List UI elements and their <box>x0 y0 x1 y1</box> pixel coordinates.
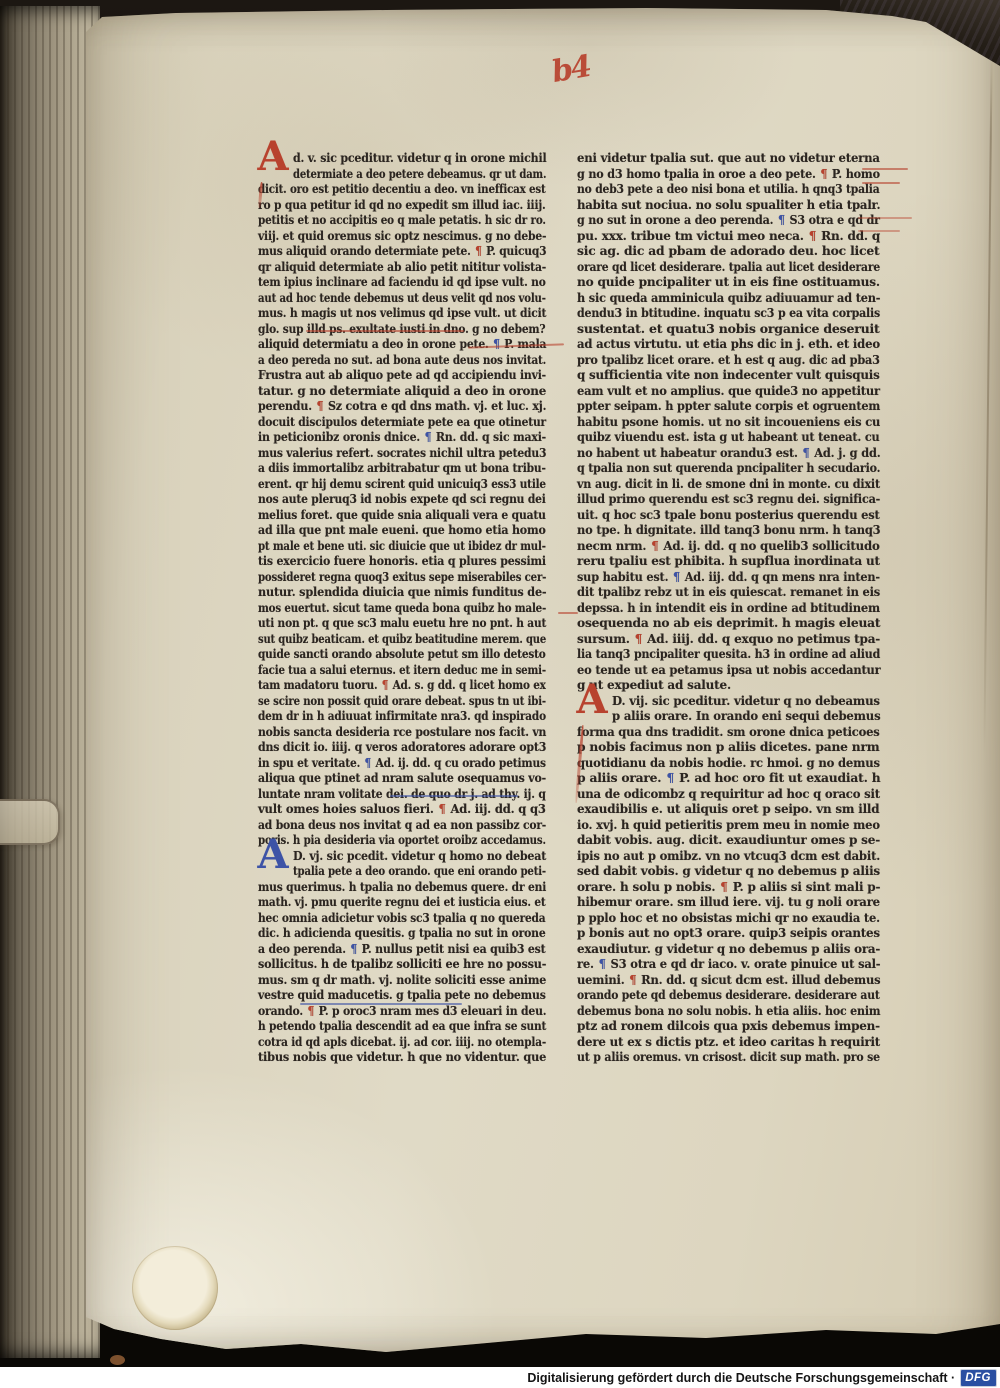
debris-spot <box>110 1355 125 1365</box>
text-line: sustentat. et quatu3 nobis organice dese… <box>577 320 880 336</box>
text-line: luntate nram volitate dei. de quo dr j. … <box>258 785 546 801</box>
text-line: p pplo hoc et no obsistas michi qr no ex… <box>577 909 880 925</box>
text-line: glo. sup illd ps. exultate iusti in dno.… <box>258 320 546 336</box>
text-line: dit tpalibz rebz ut in eis quiescat. rem… <box>577 583 880 599</box>
text-line: depssa. h in intendit eis in ordine ad b… <box>577 599 880 615</box>
manuscript-page: b4 Ad. v. sic pceditur. videtur q in oro… <box>86 8 1000 1354</box>
text-line: habita sut nociua. no solu spualiter h e… <box>577 196 880 212</box>
text-line: p aliis orare. ¶ P. ad hoc oro fit ut ex… <box>577 769 880 785</box>
text-line: aliqua que ptinet ad nram salute osequam… <box>258 769 546 785</box>
text-line: vestre quid maducetis. g tpalia pete no … <box>258 986 546 1002</box>
text-line: sic ag. dic ad pbam de adorado deu. hoc … <box>577 242 880 258</box>
parchment-hole <box>132 1246 218 1330</box>
text-line: qr aliquid determiate ab alio petit niti… <box>258 258 546 274</box>
text-line: tam madatoru tuoru. ¶ Ad. s. g dd. q lic… <box>258 676 546 692</box>
text-line: ut p aliis oremus. vn crisost. dicit sup… <box>577 1048 880 1064</box>
text-line: pt male et bene uti. sic diuicie que ut … <box>258 537 546 553</box>
manuscript-photo: b4 Ad. v. sic pceditur. videtur q in oro… <box>0 0 1000 1388</box>
text-line: facie tua a salui eternus. et itern dedu… <box>258 661 546 677</box>
text-line: sollicitus. h de tpalibz solliciti ee hr… <box>258 955 546 971</box>
text-line: no quide pncipaliter ut in eis fine osti… <box>577 273 880 289</box>
red-margin-stroke <box>862 182 900 184</box>
text-line: dicit. oro est petitio decentiu a deo. v… <box>258 180 546 196</box>
text-line: q sufficientia vite non indecenter vult … <box>577 366 880 382</box>
text-line: no habent ut habeatur orandu3 est. ¶ Ad.… <box>577 444 880 460</box>
illuminated-initial: A <box>255 840 291 870</box>
text-line: pro tpalibz licet orare. et h est q aug.… <box>577 351 880 367</box>
text-line: dic. h adicienda quesitis. g tpalia no s… <box>258 924 546 940</box>
text-line: debemus bona no solu nobis. h etia aliis… <box>577 1002 880 1018</box>
page-crease <box>983 54 992 754</box>
text-line: mus. h magis ut nos velimus qd ipse vult… <box>258 304 546 320</box>
blue-underline-stroke <box>300 1003 462 1005</box>
text-line: una de odicombz q requiritur ad hoc q or… <box>577 785 880 801</box>
text-line: erent. qr hij demu scirent quid unicuiq3… <box>258 475 546 491</box>
text-line: in peticionibz oronis dnice. ¶ Rn. dd. q… <box>258 428 546 444</box>
text-line: lia tanq3 pncipaliter quesita. h3 in ord… <box>577 645 880 661</box>
text-line: melius foret. que quide snia aliquali ve… <box>258 506 546 522</box>
text-line: orare qd licet desiderare. tpalia aut li… <box>577 258 880 274</box>
text-line: eni videtur tpalia sut. que aut no videt… <box>577 149 880 165</box>
text-line: re. ¶ S3 otra e qd dr iaco. v. orate pin… <box>577 955 880 971</box>
text-line: cotra id qd apls dicebat. ij. ad cor. ii… <box>258 1033 546 1049</box>
text-line: a deo pereda no sut. ad bona aute deus n… <box>258 351 546 367</box>
text-line: a deo perenda. ¶ P. nullus petit nisi ea… <box>258 940 546 956</box>
text-line: D. vij. sic pceditur. videtur q no debea… <box>577 692 880 708</box>
text-column-right: eni videtur tpalia sut. que aut no videt… <box>577 149 880 1064</box>
text-line: sup habitu est. ¶ Ad. iij. dd. q qn mens… <box>577 568 880 584</box>
text-line: ro p qua petitur id qd no expedit sm ill… <box>258 196 546 212</box>
red-margin-stroke <box>858 217 912 219</box>
text-line: aut ad hoc tende debemus ut deus velit q… <box>258 289 546 305</box>
text-line: dendu3 in btitudine. inquatu sc3 p ea vi… <box>577 304 880 320</box>
text-line: no deb3 pete a deo nisi bona et utilia. … <box>577 180 880 196</box>
text-line: p aliis orare. In orando eni sequi debem… <box>577 707 880 723</box>
text-line: g no d3 homo tpalia in oroe a deo pete. … <box>577 165 880 181</box>
text-line: quibz viuendu est. ista g ut habeant ut … <box>577 428 880 444</box>
text-line: uti non pt. q que sc3 malu euetu hre no … <box>258 614 546 630</box>
text-line: dabit vobis. aug. dicit. exaudiuntur ome… <box>577 831 880 847</box>
red-margin-stroke <box>862 168 908 170</box>
leather-tab <box>0 799 60 845</box>
text-line: viij. et quid oremus sic optz nescimus. … <box>258 227 546 243</box>
text-line: sursum. ¶ Ad. iiij. dd. q exquo no petim… <box>577 630 880 646</box>
text-line: ad actus virtutu. ut etia phs dic in j. … <box>577 335 880 351</box>
book-page-edges <box>0 6 100 1358</box>
text-line: orare. h solu p nobis. ¶ P. p aliis si s… <box>577 878 880 894</box>
text-line: h petendo tpalia descendit ad ea que inf… <box>258 1017 546 1033</box>
text-line: a diis immortalibz arbitrabatur qm ut bo… <box>258 459 546 475</box>
text-line: mus valerius refert. socrates nichil ult… <box>258 444 546 460</box>
text-line: d. v. sic pceditur. videtur q in orone m… <box>258 149 546 165</box>
text-line: dem dr in h adiuuat infirmitate nra3. qd… <box>258 707 546 723</box>
text-line: determiate a deo petere debeamus. qr ut … <box>258 165 546 181</box>
text-line: tatur. g no determiate aliquid a deo in … <box>258 382 546 398</box>
text-line: illud primo querendu est sc3 regnu dei. … <box>577 490 880 506</box>
text-line: perendu. ¶ Sz cotra e qd dns math. vj. e… <box>258 397 546 413</box>
text-line: exaudibilis e. ut aliquis oret p seipo. … <box>577 800 880 816</box>
text-line: no tpe. h dignitate. illd tanq3 bonu nrm… <box>577 521 880 537</box>
text-line: mus querimus. h tpalia no debemus quere.… <box>258 878 546 894</box>
text-line: uit. q hoc sc3 tpale bonu posterius quer… <box>577 506 880 522</box>
text-line: hec omnia adicietur vobis sc3 tpalia q n… <box>258 909 546 925</box>
text-line: tem ipius inclinare ad faciendu id qd ip… <box>258 273 546 289</box>
digitization-footer: Digitalisierung gefördert durch die Deut… <box>0 1367 1000 1388</box>
illuminated-initial: A <box>255 142 291 172</box>
folio-mark: b4 <box>549 49 592 90</box>
text-line: mus. sm q dr math. vj. nolite soliciti e… <box>258 971 546 987</box>
text-line: tis exercicio fuere honoris. etia q plur… <box>258 552 546 568</box>
text-line: ad bona deus nos invitat q ad ea non pas… <box>258 816 546 832</box>
text-line: D. vj. sic pcedit. videtur q homo no deb… <box>258 847 546 863</box>
text-line: hibemur orare. sm illud iere. vij. tu g … <box>577 893 880 909</box>
text-line: nos aute pleruq3 id nobis expete qd sci … <box>258 490 546 506</box>
text-line: p nobis facimus non p aliis dicetes. pan… <box>577 738 880 754</box>
text-line: vult omes hoies saluos fieri. ¶ Ad. iij.… <box>258 800 546 816</box>
text-line: io. xvj. h quid petieritis prem meu in n… <box>577 816 880 832</box>
text-line: ppter seipam. h ppter salute corpis et o… <box>577 397 880 413</box>
text-column-left: Ad. v. sic pceditur. videtur q in orone … <box>258 149 546 1064</box>
text-line: nutur. splendida diuicia que nimis fundi… <box>258 583 546 599</box>
text-line: se scire non possit quid orare debeat. s… <box>258 692 546 708</box>
text-line: uemini. ¶ Rn. dd. q sicut dcm est. illud… <box>577 971 880 987</box>
red-gutter-stroke <box>558 612 578 614</box>
text-line: sed dabit vobis. g videtur q no debemus … <box>577 862 880 878</box>
text-line: g ut expediut ad salute. <box>577 676 880 692</box>
text-line: petitis et no accipitis eo q male petati… <box>258 211 546 227</box>
text-line: habitu psone homis. ut no sit incouenien… <box>577 413 880 429</box>
text-line: eo tende ut ea petamus ipsa ut nobis acc… <box>577 661 880 677</box>
text-line: dns dicit io. iiij. q veros adoratores a… <box>258 738 546 754</box>
text-line: nobis sancta desideria rce postulare nos… <box>258 723 546 739</box>
text-line: vn aug. dicit in li. de smone dni in mon… <box>577 475 880 491</box>
red-underline-stroke <box>306 330 464 332</box>
text-line: poris. h pia desideria via oportet oroib… <box>258 831 546 847</box>
illuminated-initial: A <box>574 685 610 715</box>
text-line: dere ut ex s dictis ptz. et ideo caritas… <box>577 1033 880 1049</box>
text-line: exaudiutur. g videtur q no debemus p ali… <box>577 940 880 956</box>
text-line: q tpalia non sut querenda pncipaliter h … <box>577 459 880 475</box>
text-line: mos euertut. sicut tame queda bona quibz… <box>258 599 546 615</box>
text-line: possideret regna quoq3 exitus sepe miser… <box>258 568 546 584</box>
blue-underline-stroke <box>390 795 518 797</box>
text-line: sut quibz beaticam. et quibz beatitudine… <box>258 630 546 646</box>
red-margin-stroke <box>858 230 900 232</box>
text-line: mus aliquid orando determiate pete. ¶ P.… <box>258 242 546 258</box>
text-line: orando pete qd debemus desiderare. desid… <box>577 986 880 1002</box>
dfg-logo: DFG <box>960 1369 997 1387</box>
text-line: quide sancti orando absolute petut sm il… <box>258 645 546 661</box>
text-line: in spu et veritate. ¶ Ad. ij. dd. q cu o… <box>258 754 546 770</box>
text-line: h sic queda amminicula quibz adiuuamur a… <box>577 289 880 305</box>
text-line: forma qua dns tradidit. sm orone dnica p… <box>577 723 880 739</box>
text-line: quotidianu da nobis hodie. rc hmoi. g no… <box>577 754 880 770</box>
text-line: ipis no aut p omibz. vn no vtcuq3 dcm es… <box>577 847 880 863</box>
digitization-credit: Digitalisierung gefördert durch die Deut… <box>527 1371 955 1385</box>
text-line: p bonis aut no opt3 orare. quip3 seipis … <box>577 924 880 940</box>
text-line: ad illa que pnt male eueni. que homo eti… <box>258 521 546 537</box>
text-line: tibus nobis que videtur. h que no vident… <box>258 1048 546 1064</box>
text-line: necm nrm. ¶ Ad. ij. dd. q no quelib3 sol… <box>577 537 880 553</box>
text-line: Frustra aut ab aliquo pete ad qd accipie… <box>258 366 546 382</box>
text-line: ptz ad ronem dilcois qua pxis debemus im… <box>577 1017 880 1033</box>
text-line: reru tpaliu est phibita. h supflua inord… <box>577 552 880 568</box>
text-line: aliquid determiatu a deo in orone pete. … <box>258 335 546 351</box>
text-line: tpalia pete a deo orando. que eni orando… <box>258 862 546 878</box>
text-line: math. vj. pmu querite regnu dei et iusti… <box>258 893 546 909</box>
text-line: g no sut in orone a deo perenda. ¶ S3 ot… <box>577 211 880 227</box>
text-line: eam vult et no amplius. que quide3 no ap… <box>577 382 880 398</box>
text-line: pu. xxx. tribue tm victui meo neca. ¶ Rn… <box>577 227 880 243</box>
text-line: docuit discipulos determiate pete ea que… <box>258 413 546 429</box>
text-line: osequenda no ab eis deprimit. h magis el… <box>577 614 880 630</box>
